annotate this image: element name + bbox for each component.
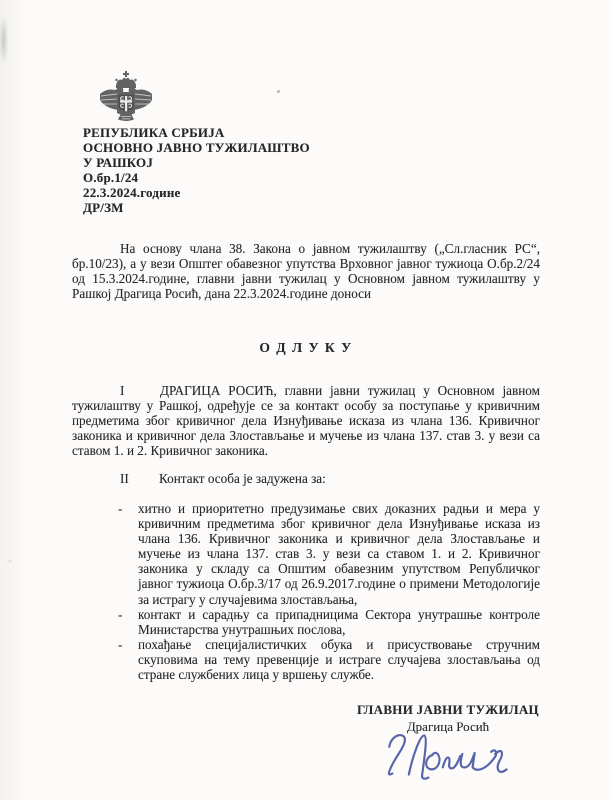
section-2-numeral: II: [120, 471, 159, 486]
letterhead: РЕПУБЛИКА СРБИЈА ОСНОВНО ЈАВНО ТУЖИЛАШТВ…: [83, 125, 310, 215]
dash-marker: -: [118, 501, 138, 607]
scan-artifact-speck: [8, 560, 12, 562]
letterhead-initials: ДР/ЗМ: [83, 200, 310, 215]
letterhead-country: РЕПУБЛИКА СРБИЈА: [83, 125, 310, 140]
duties-list: - хитно и приоритетно предузимање свих д…: [72, 501, 540, 682]
dash-marker: -: [118, 637, 138, 682]
serbia-coat-of-arms-icon: [99, 71, 153, 121]
scanned-document-page: РЕПУБЛИКА СРБИЈА ОСНОВНО ЈАВНО ТУЖИЛАШТВ…: [0, 0, 612, 800]
list-item: - похађање специјалистичких обука и прис…: [72, 637, 540, 682]
signatory-title: ГЛАВНИ ЈАВНИ ТУЖИЛАЦ: [351, 702, 545, 718]
intro-paragraph: На основу члана 38. Закона о јавном тужи…: [72, 241, 540, 301]
list-item: - хитно и приоритетно предузимање свих д…: [72, 501, 540, 607]
decision-title: О Д Л У К У: [72, 340, 540, 355]
letterhead-date: 22.3.2024.године: [83, 185, 310, 200]
section-2-paragraph: IIКонтакт особа је задужена за:: [72, 471, 540, 486]
section-1-block: IДРАГИЦА РОСИЋ, главни јавни тужилац у О…: [72, 383, 540, 458]
handwritten-signature-icon: [379, 724, 523, 788]
scan-artifact-smudge: [0, 14, 7, 66]
section-2-block: IIКонтакт особа је задужена за:: [72, 471, 540, 486]
scan-artifact-speck: [277, 90, 280, 93]
letterhead-office-name: ОСНОВНО ЈАВНО ТУЖИЛАШТВО: [83, 140, 310, 155]
dash-marker: -: [118, 607, 138, 637]
section-1-numeral: I: [120, 383, 160, 398]
signature-block: ГЛАВНИ ЈАВНИ ТУЖИЛАЦ Драгица Росић: [351, 702, 545, 735]
letterhead-office-city: У РАШКОЈ: [83, 155, 310, 170]
list-item-text: похађање специјалистичких обука и присус…: [138, 637, 540, 682]
letterhead-case-number: О.бр.1/24: [83, 170, 310, 185]
list-item-text: хитно и приоритетно предузимање свих док…: [138, 501, 540, 607]
duties-list-block: - хитно и приоритетно предузимање свих д…: [72, 501, 540, 682]
list-item: - контакт и сарадњу са припадницима Сект…: [72, 607, 540, 637]
section-2-heading: Контакт особа је задужена за:: [159, 471, 326, 486]
list-item-text: контакт и сарадњу са припадницима Сектор…: [138, 607, 540, 637]
intro-paragraph-block: На основу члана 38. Закона о јавном тужи…: [72, 241, 540, 301]
section-1-paragraph: IДРАГИЦА РОСИЋ, главни јавни тужилац у О…: [72, 383, 540, 458]
